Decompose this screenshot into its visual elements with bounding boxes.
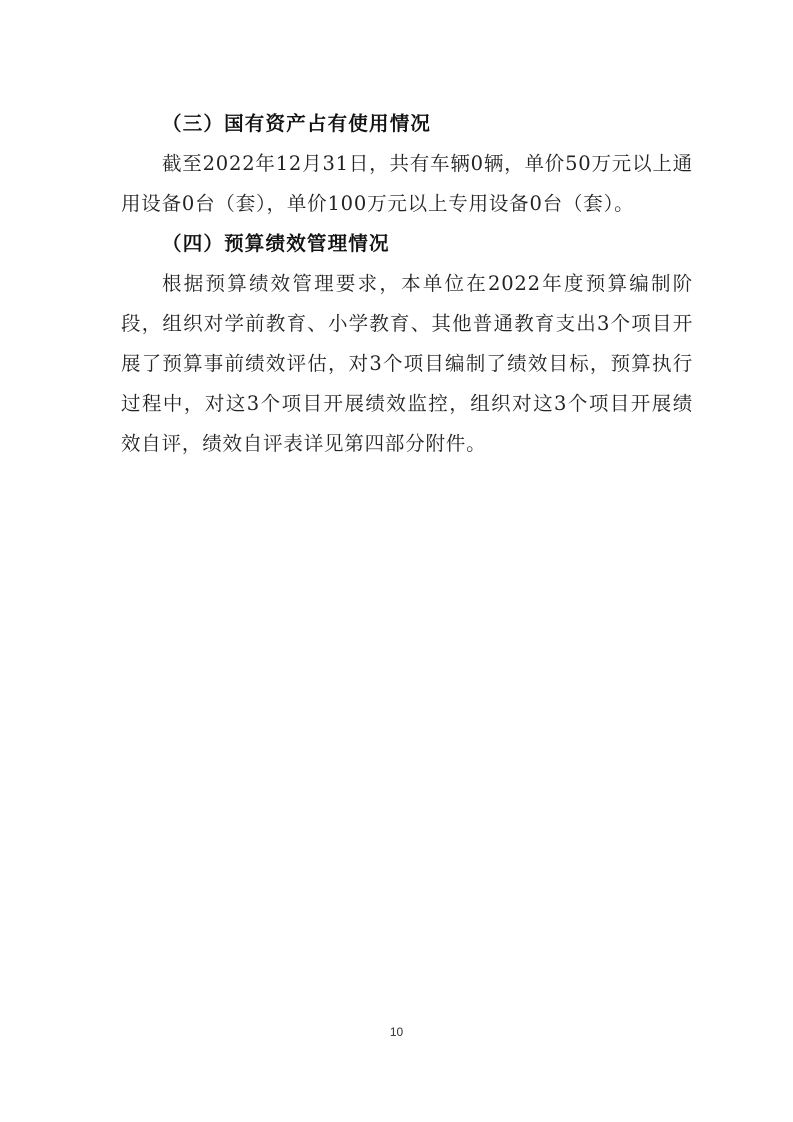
section-paragraph-state-assets: 截至2022年12月31日，共有车辆0辆，单价50万元以上通用设备0台（套），单…	[121, 144, 693, 224]
section-state-assets: （三）国有资产占有使用情况 截至2022年12月31日，共有车辆0辆，单价50万…	[121, 104, 693, 224]
page-number: 10	[0, 1025, 793, 1039]
section-performance-management: （四）预算绩效管理情况 根据预算绩效管理要求，本单位在2022年度预算编制阶段，…	[121, 224, 693, 464]
section-paragraph-performance-management: 根据预算绩效管理要求，本单位在2022年度预算编制阶段，组织对学前教育、小学教育…	[121, 264, 693, 464]
section-heading-performance-management: （四）预算绩效管理情况	[121, 224, 693, 264]
section-heading-state-assets: （三）国有资产占有使用情况	[121, 104, 693, 144]
document-page: （三）国有资产占有使用情况 截至2022年12月31日，共有车辆0辆，单价50万…	[121, 104, 693, 464]
